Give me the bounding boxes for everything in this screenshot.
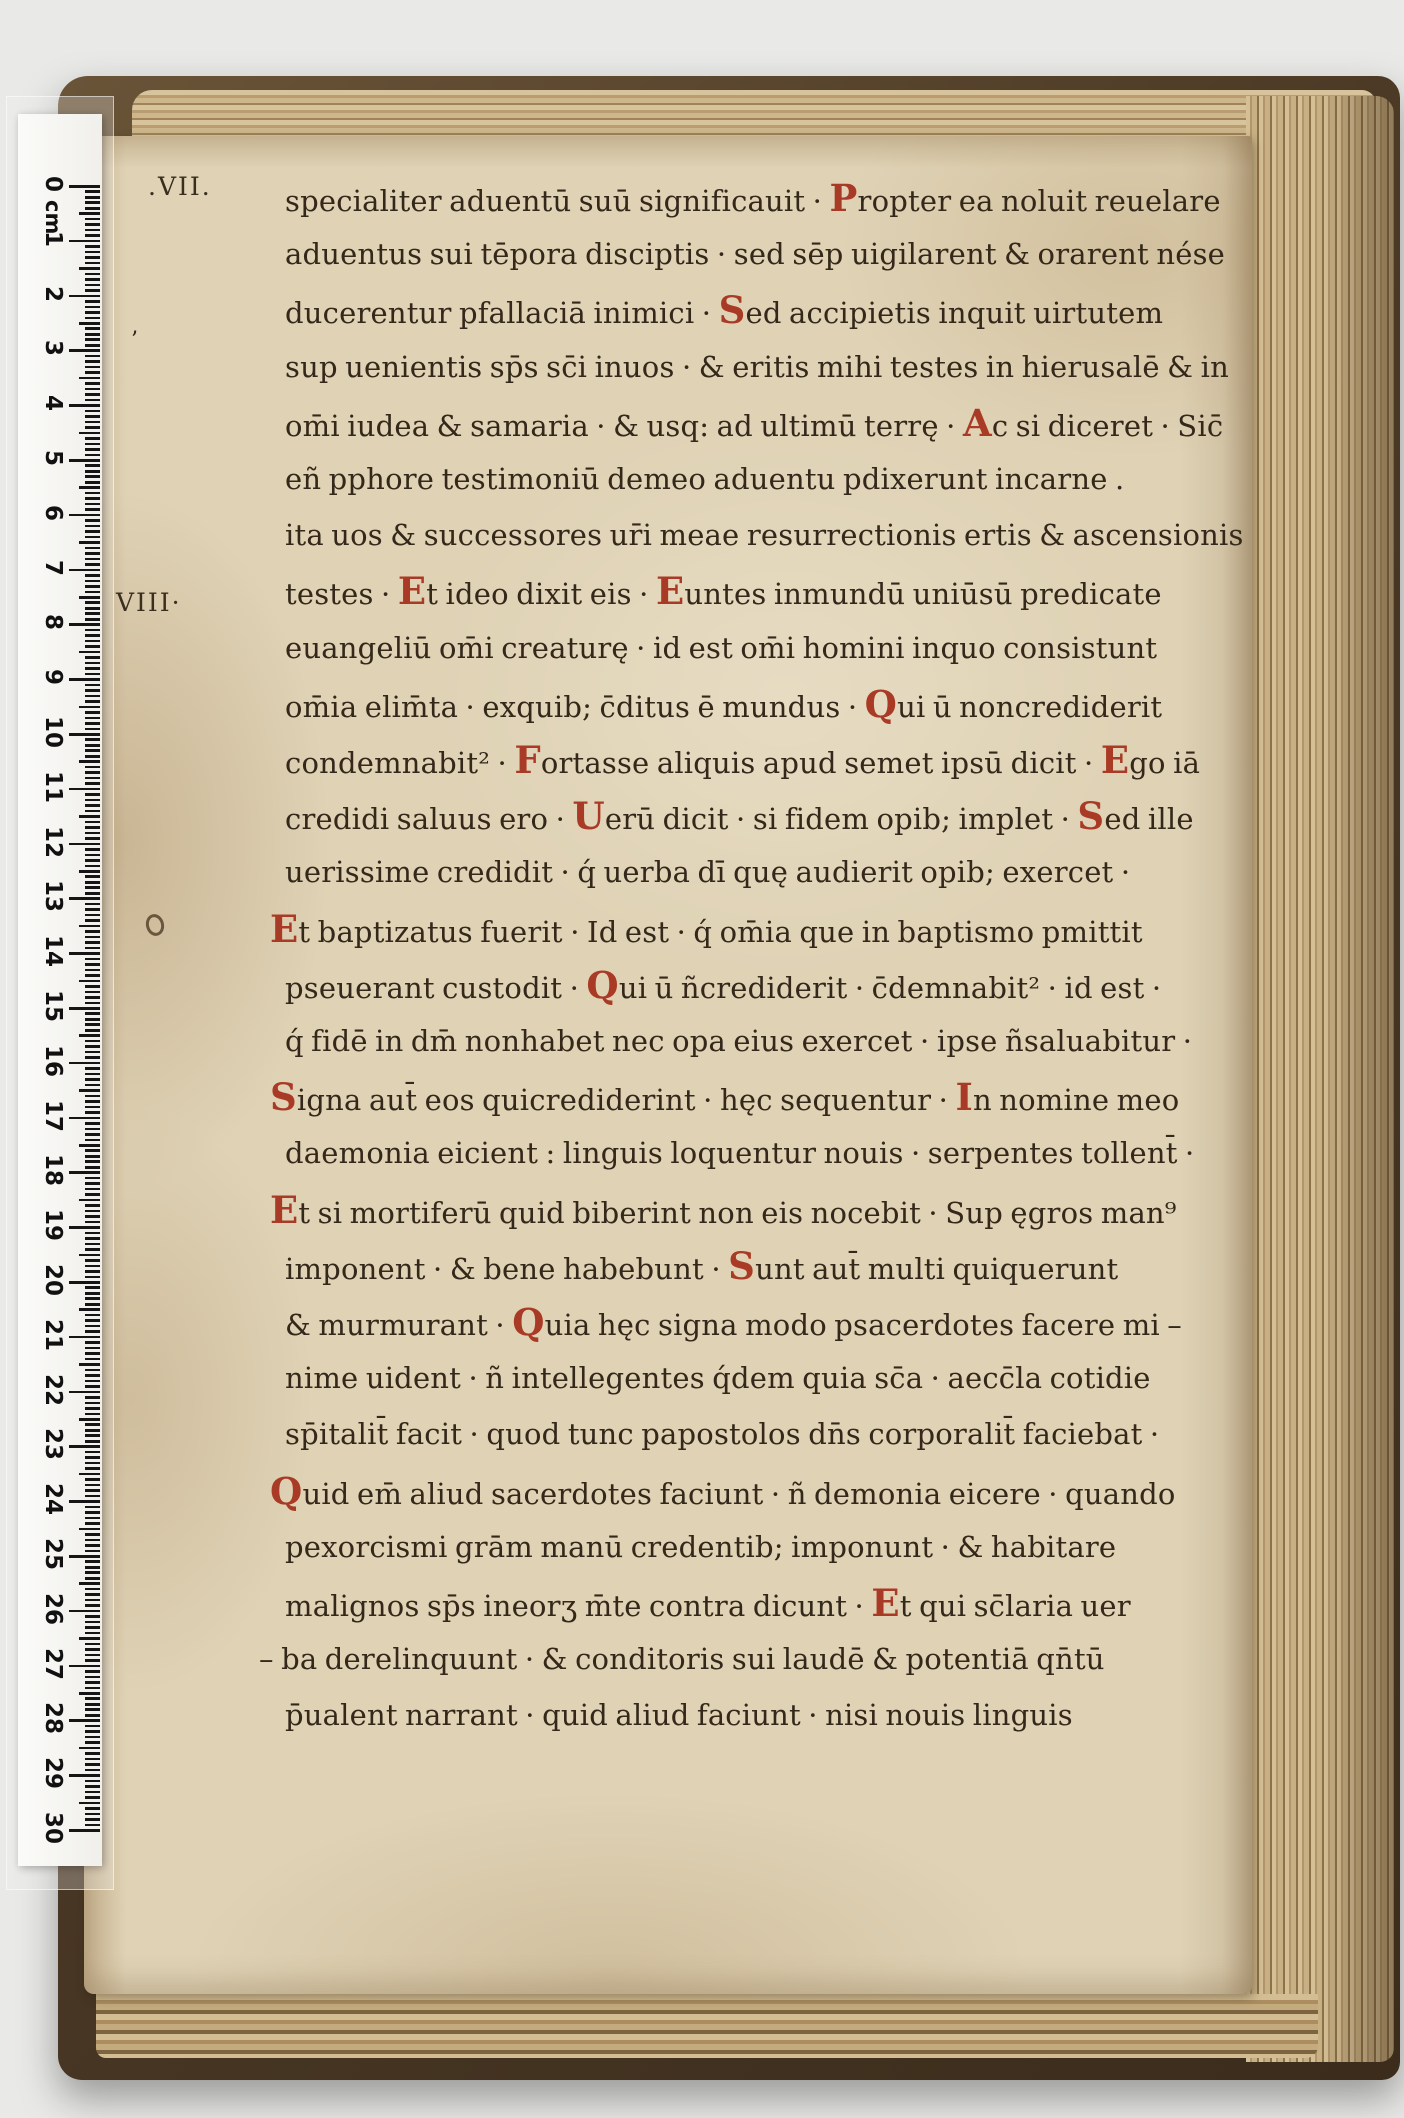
ruler-tick (85, 1730, 100, 1733)
ruler-tick (85, 311, 100, 314)
ruler-tick (85, 1374, 100, 1377)
line-segment: ortasse aliquis apud semet ipsū dicit · (541, 746, 1101, 780)
ruler-number: 14 (40, 934, 66, 968)
ruler-tick (85, 1369, 100, 1372)
ruler-tick (79, 1144, 100, 1147)
ruler-tick (85, 695, 100, 698)
ruler-tick (85, 552, 100, 555)
ruler-tick (79, 651, 100, 654)
vellum-page: .VII. VIII· ’ specialiter aduentū suū si… (84, 136, 1252, 1994)
ruler-tick (85, 1544, 100, 1547)
ruler-tick (85, 382, 100, 385)
margin-chapter-number-viii: VIII· (116, 588, 182, 617)
manuscript-line: & murmurant · Quia hęc signa modo psacer… (285, 1294, 1182, 1350)
ruler-tick (85, 1029, 100, 1032)
ruler-tick (85, 837, 100, 840)
ruler-tick (85, 700, 100, 703)
ruler-tick (85, 1714, 100, 1717)
ruler-tick (85, 1670, 100, 1673)
ruler-tick (85, 1084, 100, 1087)
ruler-tick (85, 360, 100, 363)
ruler-tick (85, 1599, 100, 1602)
ruler-tick (85, 1182, 100, 1185)
ruler-number: 13 (40, 879, 66, 913)
ruler-tick (79, 1418, 100, 1421)
ruler-tick (85, 190, 100, 193)
manuscript-line: Signa aut̄ eos quicrediderint · hęc sequ… (270, 1069, 1179, 1125)
line-segment: ui ū noncrediderit (897, 690, 1162, 724)
ruler-tick (85, 601, 100, 604)
ruler-tick (85, 1517, 100, 1520)
ruler-tick (85, 749, 100, 752)
ruler: 0123456789101112131415161718192021222324… (18, 114, 102, 1866)
ruler-tick (85, 1593, 100, 1596)
ruler-tick (85, 826, 100, 829)
ruler-tick (85, 1643, 100, 1646)
ruler-tick (85, 300, 100, 303)
ruler-tick (85, 782, 100, 785)
ruler-tick (85, 1818, 100, 1821)
line-segment: ita uos & successores ur̄i meae resurrec… (285, 518, 1244, 552)
ruler-tick (85, 1188, 100, 1191)
ruler-tick (85, 481, 100, 484)
manuscript-line: pseuerant custodit · Qui ū ñcrediderit ·… (285, 957, 1161, 1013)
manuscript-line: malignos sp̄s ineorʒ m̄te contra dicunt … (285, 1575, 1131, 1631)
line-segment: condemnabit² · (285, 746, 514, 780)
ruler-tick (85, 936, 100, 939)
manuscript-line: om̄ia elim̄ta · exquib; c̄ditus ē mundus… (285, 676, 1162, 732)
line-segment: eñ pphore testimoniū demeo aduentu pdixe… (285, 462, 1124, 496)
rubric-initial: E (656, 569, 684, 613)
ruler-tick (79, 432, 100, 435)
line-segment: nime uident · ñ intellegentes q́dem quia… (285, 1361, 1151, 1395)
ruler-tick (85, 996, 100, 999)
ruler-tick (85, 1451, 100, 1454)
ruler-tick (85, 503, 100, 506)
ruler-tick (85, 1237, 100, 1240)
ruler-tick (85, 941, 100, 944)
ruler-tick (85, 914, 100, 917)
ruler-tick (85, 1571, 100, 1574)
ruler-tick (79, 980, 100, 983)
ruler-tick (69, 1774, 100, 1777)
ruler-tick (85, 919, 100, 922)
manuscript-line: Et baptizatus fuerit · Id est · q́ om̄ia… (270, 901, 1143, 957)
ruler-tick (85, 1128, 100, 1131)
ruler-tick (85, 892, 100, 895)
ruler-tick (85, 1725, 100, 1728)
rubric-initial: S (719, 288, 746, 332)
ruler-tick (85, 1708, 100, 1711)
manuscript-line: eñ pphore testimoniū demeo aduentu pdixe… (285, 451, 1124, 507)
line-segment: q́ fidē in dm̄ nonhabet nec opa eius exe… (285, 1024, 1192, 1058)
ruler-tick (85, 355, 100, 358)
ruler-tick (85, 1210, 100, 1213)
ruler-tick (85, 388, 100, 391)
ruler-tick (85, 580, 100, 583)
line-segment: & murmurant · (285, 1308, 512, 1342)
ruler-tick (79, 1802, 100, 1805)
ruler-tick (79, 267, 100, 270)
ruler-tick (85, 196, 100, 199)
ruler-tick (85, 908, 100, 911)
ruler-tick (85, 443, 100, 446)
ruler-tick (79, 760, 100, 763)
ruler-tick (85, 574, 100, 577)
ruler-tick (85, 437, 100, 440)
ruler-number: 20 (40, 1263, 66, 1297)
ruler-tick (85, 1539, 100, 1542)
ruler-tick (79, 1747, 100, 1750)
line-segment: c si diceret · Sic̄ (992, 409, 1223, 443)
ruler-tick (85, 645, 100, 648)
ruler-tick (85, 366, 100, 369)
ruler-tick (85, 399, 100, 402)
line-segment: go iā (1129, 746, 1200, 780)
ruler-tick (85, 1577, 100, 1580)
ruler-tick (85, 591, 100, 594)
ruler-tick (69, 295, 100, 298)
ruler-tick (85, 1588, 100, 1591)
ruler-tick (85, 1303, 100, 1306)
ruler-tick (85, 1276, 100, 1279)
ruler-tick (85, 963, 100, 966)
ruler-number: 8 (40, 605, 66, 639)
manuscript-photo: .VII. VIII· ’ specialiter aduentū suū si… (0, 0, 1404, 2118)
ruler-number: 9 (40, 660, 66, 694)
line-segment: igna aut̄ eos quicrediderint · hęc seque… (297, 1083, 956, 1117)
ruler-tick (85, 1045, 100, 1048)
ruler-tick (85, 1347, 100, 1350)
manuscript-line: daemonia eicient : linguis loquentur nou… (285, 1125, 1194, 1181)
ruler-tick (85, 585, 100, 588)
ruler-tick (85, 1434, 100, 1437)
ruler-tick (85, 1166, 100, 1169)
ruler-tick (85, 958, 100, 961)
ruler-tick (69, 459, 100, 462)
ruler-tick (85, 777, 100, 780)
ruler-tick (85, 1292, 100, 1295)
ruler-tick (85, 1265, 100, 1268)
ruler-tick (85, 256, 100, 259)
ruler-tick (69, 1062, 100, 1065)
line-segment: uid em̄ aliud sacerdotes faciunt · ñ dem… (302, 1477, 1175, 1511)
ruler-tick (85, 1385, 100, 1388)
ruler-tick (85, 1358, 100, 1361)
ruler-tick (69, 1610, 100, 1613)
ruler-tick (69, 1171, 100, 1174)
ruler-tick (85, 1106, 100, 1109)
ruler-tick (69, 1336, 100, 1339)
ruler-tick (85, 1056, 100, 1059)
ruler-tick (85, 821, 100, 824)
margin-chapter-number-vii: .VII. (148, 172, 212, 201)
ruler-tick (85, 464, 100, 467)
rubric-initial: Q (512, 1300, 544, 1344)
ruler-tick (85, 1681, 100, 1684)
ruler-tick (85, 1736, 100, 1739)
ruler-tick (85, 421, 100, 424)
ruler-tick (69, 843, 100, 846)
ruler-tick (85, 1407, 100, 1410)
ruler-number: 15 (40, 989, 66, 1023)
rubric-initial: E (1101, 738, 1129, 782)
ruler-tick (85, 728, 100, 731)
ruler-tick (85, 859, 100, 862)
ruler-tick (85, 1297, 100, 1300)
ruler-tick (85, 1100, 100, 1103)
manuscript-line: ducerentur pfallaciā inimici · Sed accip… (285, 282, 1163, 338)
manuscript-line: q́ fidē in dm̄ nonhabet nec opa eius exe… (285, 1013, 1192, 1069)
ruler-number: 16 (40, 1044, 66, 1078)
ruler-tick (85, 284, 100, 287)
ruler-tick (85, 832, 100, 835)
ruler-tick (69, 569, 100, 572)
ruler-number: 30 (40, 1811, 66, 1845)
line-segment: ducerentur pfallaciā inimici · (285, 296, 719, 330)
ruler-tick (85, 881, 100, 884)
ruler-tick (79, 541, 100, 544)
ruler-tick (79, 1528, 100, 1531)
ruler-tick (85, 558, 100, 561)
ruler-tick (79, 212, 100, 215)
ruler-tick (85, 278, 100, 281)
ruler-tick (85, 1177, 100, 1180)
ruler-tick (85, 475, 100, 478)
ruler-tick (69, 623, 100, 626)
ruler-tick (85, 1456, 100, 1459)
rubric-initial: E (270, 907, 298, 951)
ruler-tick (85, 1002, 100, 1005)
line-segment: t baptizatus fuerit · Id est · q́ om̄ia … (298, 915, 1142, 949)
ruler-number: 5 (40, 441, 66, 475)
ruler-number: 25 (40, 1537, 66, 1571)
ruler-tick (85, 947, 100, 950)
ruler-tick (85, 1550, 100, 1553)
ruler-tick (85, 1243, 100, 1246)
ruler-tick (79, 815, 100, 818)
ruler-number: 2 (40, 277, 66, 311)
ruler-tick (85, 755, 100, 758)
ruler-tick (85, 317, 100, 320)
manuscript-line: sup uenientis sp̄s sc̄i inuos · & eritis… (285, 339, 1229, 395)
ruler-tick (85, 1095, 100, 1098)
ruler-tick (69, 1555, 100, 1558)
ruler-tick (85, 612, 100, 615)
manuscript-line: aduentus sui tēpora disciptis · sed sēp … (285, 226, 1225, 282)
ruler-tick (85, 854, 100, 857)
ruler-tick (85, 689, 100, 692)
rubric-initial: A (963, 401, 992, 445)
ruler-tick (85, 1155, 100, 1158)
ruler-number: 21 (40, 1318, 66, 1352)
ruler-tick (85, 722, 100, 725)
ruler-tick (85, 1632, 100, 1635)
line-segment: sp̄italit̄ facit · quod tunc papostolos … (285, 1417, 1159, 1451)
ruler-number: 18 (40, 1153, 66, 1187)
ruler-tick (69, 1007, 100, 1010)
manuscript-line: ita uos & successores ur̄i meae resurrec… (285, 507, 1244, 563)
ruler-tick (85, 234, 100, 237)
ruler-tick (69, 1500, 100, 1503)
ruler-tick (85, 1807, 100, 1810)
manuscript-line: specialiter aduentū suū significauit · P… (285, 170, 1221, 226)
rubric-initial: S (1077, 794, 1104, 838)
ruler-tick (85, 1286, 100, 1289)
ruler-tick (85, 629, 100, 632)
ruler-tick (85, 508, 100, 511)
manuscript-line: uerissime credidit · q́ uerba dī quę aud… (285, 844, 1130, 900)
ruler-tick (85, 1319, 100, 1322)
ruler-tick (85, 1413, 100, 1416)
ruler-tick (85, 744, 100, 747)
ruler-tick (85, 1023, 100, 1026)
ruler-tick (85, 1687, 100, 1690)
ruler-tick (85, 1489, 100, 1492)
ruler-tick (79, 870, 100, 873)
rubric-initial: I (955, 1075, 973, 1119)
line-segment: t si mortiferū quid biberint non eis noc… (298, 1196, 1176, 1230)
manuscript-line: om̄i iudea & samaria · & usq: ad ultimū … (285, 395, 1223, 451)
line-segment: imponent · & bene habebunt · (285, 1252, 728, 1286)
manuscript-line: credidi saluus ero · Uerū dicit · si fid… (285, 788, 1194, 844)
ruler-tick (69, 678, 100, 681)
ruler-number: 12 (40, 825, 66, 859)
ruler-tick (85, 848, 100, 851)
ruler-tick (85, 799, 100, 802)
ruler-number: 11 (40, 770, 66, 804)
page-edges-right (1246, 96, 1394, 2062)
ruler-tick (85, 662, 100, 665)
ruler-tick (79, 925, 100, 928)
ruler-tick (69, 1665, 100, 1668)
line-segment: – ba derelinquunt · & conditoris sui lau… (259, 1642, 1105, 1676)
ruler-tick (69, 1226, 100, 1229)
ruler-tick (85, 1533, 100, 1536)
ruler-number: 27 (40, 1647, 66, 1681)
rubric-initial: P (830, 176, 858, 220)
manuscript-line: imponent · & bene habebunt · Sunt aut̄ m… (285, 1238, 1118, 1294)
ruler-tick (85, 344, 100, 347)
line-segment: specialiter aduentū suū significauit · (285, 184, 830, 218)
line-segment: unt aut̄ multi quiquerunt (755, 1252, 1118, 1286)
ruler-tick (85, 1566, 100, 1569)
ruler-tick (85, 1133, 100, 1136)
ruler-tick (69, 952, 100, 955)
ruler-tick (85, 519, 100, 522)
ruler-tick (85, 333, 100, 336)
rubric-initial: E (871, 1581, 899, 1625)
ruler-tick (85, 1478, 100, 1481)
ruler-tick (85, 1621, 100, 1624)
ruler-tick (85, 1791, 100, 1794)
ruler-tick (85, 1506, 100, 1509)
ruler-tick (85, 1511, 100, 1514)
ruler-tick (85, 470, 100, 473)
ruler-number: 10 (40, 715, 66, 749)
ruler-tick (85, 1325, 100, 1328)
ruler-tick (79, 377, 100, 380)
ruler-tick (85, 1122, 100, 1125)
ruler-tick (85, 410, 100, 413)
ruler-tick (85, 875, 100, 878)
ruler-tick (85, 1149, 100, 1152)
ruler-tick (85, 930, 100, 933)
line-segment: om̄ia elim̄ta · exquib; c̄ditus ē mundus… (285, 690, 865, 724)
ruler-tick (69, 1719, 100, 1722)
rubric-initial: E (398, 569, 426, 613)
ruler-tick (79, 322, 100, 325)
ruler-tick (79, 1034, 100, 1037)
ruler-tick (85, 1659, 100, 1662)
ruler-tick (79, 486, 100, 489)
line-segment: euangeliū om̄i creaturę · id est om̄i ho… (285, 631, 1157, 665)
rubric-initial: F (514, 738, 540, 782)
ruler-tick (85, 223, 100, 226)
line-segment: malignos sp̄s ineorʒ m̄te contra dicunt … (285, 1589, 871, 1623)
ruler-tick (85, 1380, 100, 1383)
ruler-tick (85, 974, 100, 977)
line-segment: ropter ea noluit reuelare (858, 184, 1221, 218)
manuscript-line: p̄ualent narrant · quid aliud faciunt · … (285, 1687, 1073, 1743)
ruler-tick (85, 1402, 100, 1405)
ruler-tick (69, 514, 100, 517)
ruler-tick (69, 1281, 100, 1284)
ruler-tick (85, 251, 100, 254)
ruler-tick (85, 1018, 100, 1021)
line-segment: credidi saluus ero · (285, 802, 572, 836)
rubric-initial: Q (270, 1469, 302, 1513)
ruler-tick (85, 201, 100, 204)
ruler-tick (85, 393, 100, 396)
ruler-tick (69, 349, 100, 352)
ruler-tick (85, 991, 100, 994)
line-segment: sup uenientis sp̄s sc̄i inuos · & eritis… (285, 350, 1229, 384)
ruler-tick (85, 656, 100, 659)
ruler-number: 19 (40, 1208, 66, 1242)
ruler-tick (79, 1582, 100, 1585)
ruler-tick (79, 1692, 100, 1695)
ruler-tick (85, 634, 100, 637)
rubric-initial: U (572, 794, 604, 838)
ruler-tick (85, 640, 100, 643)
ruler-tick (85, 1626, 100, 1629)
ruler-tick (85, 1495, 100, 1498)
ruler-tick (85, 1648, 100, 1651)
ruler-tick (85, 1813, 100, 1816)
line-segment: t qui sc̄laria uer (900, 1589, 1131, 1623)
ruler-tick (85, 673, 100, 676)
ruler-tick (85, 1012, 100, 1015)
line-segment: pexorcismi grām manū credentib; imponunt… (285, 1530, 1116, 1564)
ruler-tick (69, 240, 100, 243)
ruler-tick (85, 1769, 100, 1772)
ruler-tick (79, 1308, 100, 1311)
ruler-tick (85, 717, 100, 720)
ruler-tick (85, 1341, 100, 1344)
ruler-number: 24 (40, 1482, 66, 1516)
ruler-tick (85, 1467, 100, 1470)
ruler-number: 17 (40, 1099, 66, 1133)
ruler-number: 23 (40, 1427, 66, 1461)
ruler-number: 0 (40, 167, 66, 201)
ruler-tick (85, 738, 100, 741)
ruler-tick (69, 185, 100, 188)
ruler-tick (79, 1254, 100, 1257)
ruler-tick (85, 804, 100, 807)
ruler-tick (85, 1697, 100, 1700)
ruler-tick (79, 1473, 100, 1476)
